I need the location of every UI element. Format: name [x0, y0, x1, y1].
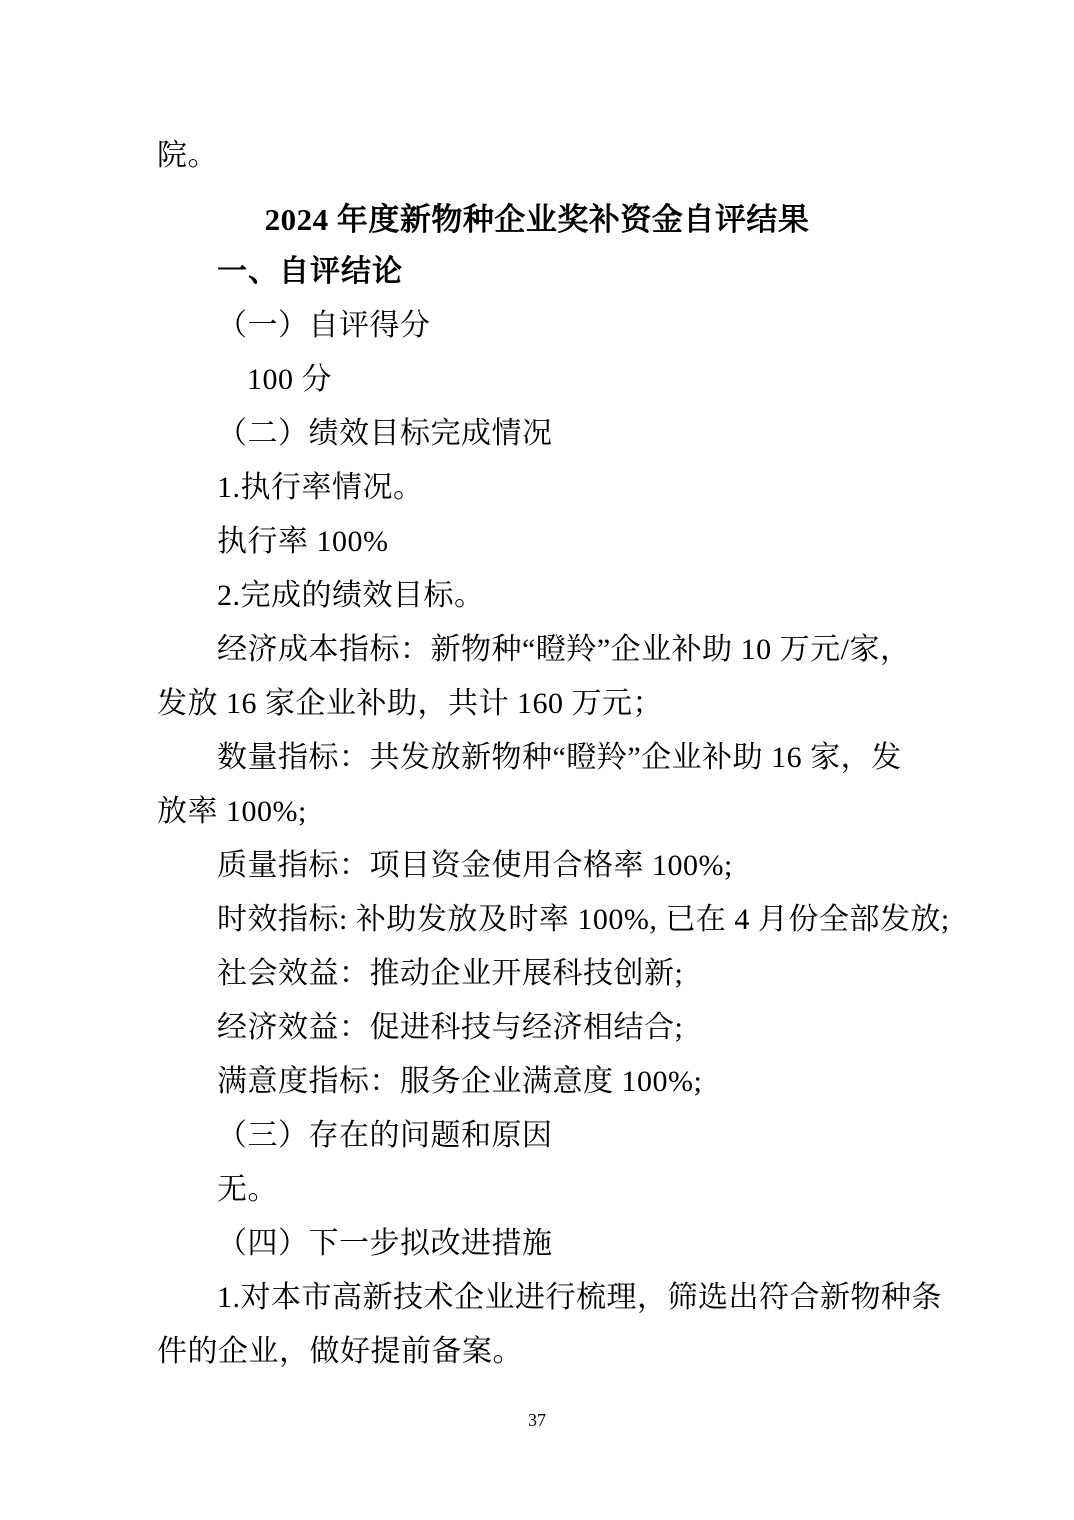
improvement-measure-line-1: 1.对本市高新技术企业进行梳理，筛选出符合新物种条: [157, 1278, 992, 1318]
improvement-measure-line-2: 件的企业，做好提前备案。: [157, 1332, 932, 1372]
section-heading-self-evaluation-conclusion: 一、自评结论: [157, 252, 992, 292]
satisfaction-indicator-line: 满意度指标：服务企业满意度 100%;: [157, 1062, 992, 1102]
execution-rate-value: 执行率 100%: [157, 522, 992, 562]
subheading-self-score: （一）自评得分: [157, 306, 992, 346]
page-number: 37: [0, 1408, 1074, 1432]
document-page: 院。 2024 年度新物种企业奖补资金自评结果 一、自评结论 （一）自评得分 1…: [0, 0, 1074, 1520]
item-execution-rate-heading: 1.执行率情况。: [157, 468, 992, 508]
quantity-indicator-line-1: 数量指标：共发放新物种“瞪羚”企业补助 16 家，发: [157, 738, 992, 778]
problems-none-text: 无。: [157, 1170, 992, 1210]
subheading-problems-and-causes: （三）存在的问题和原因: [157, 1116, 992, 1156]
social-benefit-line: 社会效益：推动企业开展科技创新;: [157, 954, 992, 994]
subheading-next-step-improvements: （四）下一步拟改进措施: [157, 1224, 992, 1264]
document-title: 2024 年度新物种企业奖补资金自评结果: [0, 200, 1074, 240]
quantity-indicator-line-2: 放率 100%;: [157, 792, 932, 832]
timeliness-indicator-line: 时效指标: 补助发放及时率 100%, 已在 4 月份全部发放;: [157, 900, 992, 940]
economic-benefit-line: 经济效益：促进科技与经济相结合;: [157, 1008, 992, 1048]
economic-cost-indicator-line-2: 发放 16 家企业补助，共计 160 万元；: [157, 684, 932, 724]
item-completed-targets-heading: 2.完成的绩效目标。: [157, 576, 992, 616]
economic-cost-indicator-line-1: 经济成本指标：新物种“瞪羚”企业补助 10 万元/家，: [157, 630, 992, 670]
self-score-value: 100 分: [157, 360, 1022, 400]
subheading-performance-target-completion: （二）绩效目标完成情况: [157, 414, 992, 454]
continuation-text: 院。: [157, 136, 932, 176]
quality-indicator-line: 质量指标：项目资金使用合格率 100%;: [157, 846, 992, 886]
